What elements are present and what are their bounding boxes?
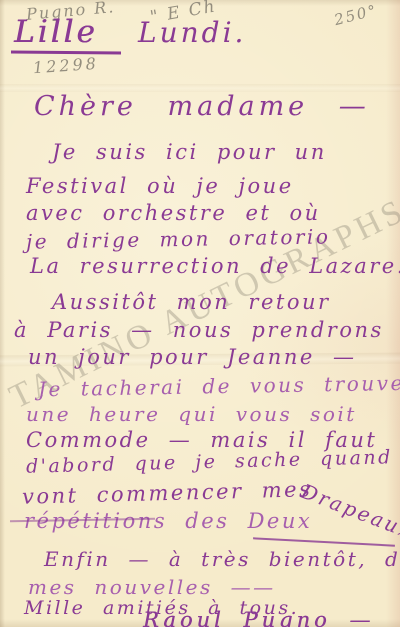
- letter-line: Festival où je joue: [26, 176, 294, 197]
- letter-line: un jour pour Jeanne —: [28, 347, 356, 368]
- letter-line: une heure qui vous soit: [26, 404, 357, 424]
- autograph-letter-photo: TAMINO AUTOGRAPHS Pugno R. " E Ch 250° 1…: [0, 0, 400, 627]
- letter-line: Je suis ici pour un: [52, 142, 327, 163]
- letter-line: avec orchestre et où: [26, 203, 321, 224]
- pencil-price: 250°: [333, 3, 379, 28]
- letter-salutation: Chère madame —: [34, 93, 370, 120]
- pencil-inventory-number: 12298: [33, 56, 100, 77]
- letter-line: Je tacherai de vous trouver: [38, 373, 400, 400]
- letter-line: vont commencer mes: [22, 479, 313, 508]
- place-underline: [11, 51, 121, 55]
- letter-place: Lille: [14, 17, 98, 48]
- letter-line: La resurrection de Lazare.: [30, 256, 400, 277]
- letter-day: Lundi.: [138, 19, 246, 47]
- letter-line: répétitions des Deux: [24, 511, 312, 532]
- letter-line-title-wrap: Drapeaux.: [299, 481, 400, 545]
- letter-closing-line: Enfin — à très bientôt, de: [44, 549, 400, 569]
- letter-closing-line: mes nouvelles ——: [28, 577, 276, 597]
- letter-signature: Raoul Pugno —: [143, 610, 374, 627]
- letter-line: à Paris — nous prendrons: [14, 320, 384, 341]
- letter-line: je dirige mon oratorio: [26, 226, 331, 251]
- title-underline: [253, 537, 395, 546]
- letter-line: Aussitôt mon retour: [52, 292, 331, 313]
- letter-line: d'abord que je sache quand: [26, 448, 393, 477]
